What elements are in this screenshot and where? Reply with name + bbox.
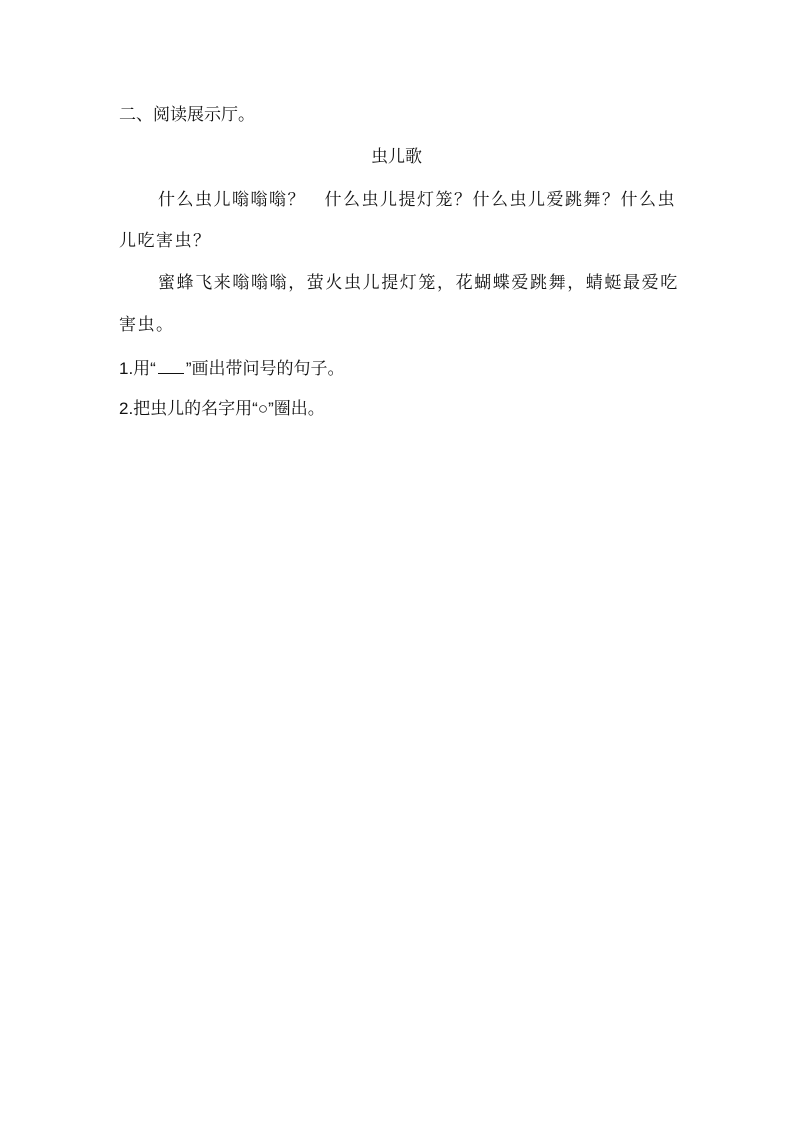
question-2: 2.把虫儿的名字用“○”圈出。: [119, 399, 325, 419]
poem-paragraph-2-line-2: 害虫。: [119, 315, 175, 335]
question-1: 1.用“”画出带问号的句子。: [119, 357, 345, 379]
poem-paragraph-1-line-2: 儿吃害虫？: [119, 231, 212, 251]
poem-title: 虫儿歌: [0, 147, 793, 167]
underline-blank: [158, 357, 184, 374]
question-1-prefix: 1.用“: [119, 359, 156, 378]
poem-paragraph-2-line-1: 蜜蜂飞来嗡嗡嗡，萤火虫儿提灯笼，花蝴蝶爱跳舞，蜻蜓最爱吃: [158, 273, 679, 293]
question-1-suffix: ”画出带问号的句子。: [186, 359, 345, 378]
poem-paragraph-1-line-1: 什么虫儿嗡嗡嗡？ 什么虫儿提灯笼？什么虫儿爱跳舞？什么虫: [158, 190, 676, 210]
section-heading: 二、阅读展示厅。: [119, 105, 255, 125]
